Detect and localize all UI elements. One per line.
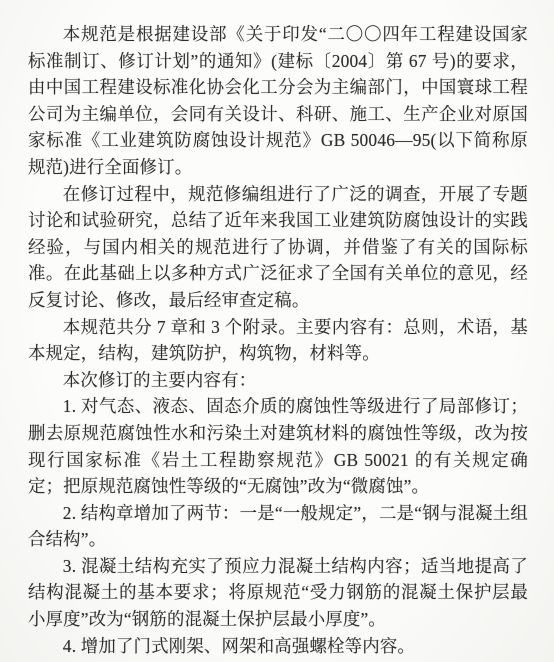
paragraph-revision-item-3: 3. 混凝土结构充实了预应力混凝土结构内容；适当地提高了结构混凝土的基本要求；将…: [28, 553, 528, 633]
paragraph-structure-overview: 本规范共分 7 章和 3 个附录。主要内容有：总则，术语，基本规定，结构，建筑防…: [28, 314, 528, 367]
paragraph-revision-item-2: 2. 结构章增加了两节：一是“一般规定”，二是“钢与混凝土组合结构”。: [28, 500, 528, 553]
paragraph-revision-item-1: 1. 对气态、液态、固态介质的腐蚀性等级进行了局部修订；删去原规范腐蚀性水和污染…: [28, 393, 528, 499]
paragraph-revision-process: 在修订过程中，规范修编组进行了广泛的调查，开展了专题讨论和试验研究，总结了近年来…: [28, 181, 528, 314]
paragraph-intro-basis: 本规范是根据建设部《关于印发“二〇〇四年工程建设国家标准制订、修订计划”的通知》…: [28, 21, 528, 181]
paragraph-main-contents-heading: 本次修订的主要内容有：: [28, 367, 528, 394]
document-page: 本规范是根据建设部《关于印发“二〇〇四年工程建设国家标准制订、修订计划”的通知》…: [0, 0, 554, 662]
paragraph-revision-item-4: 4. 增加了门式刚架、网架和高强螺栓等内容。: [28, 633, 528, 660]
